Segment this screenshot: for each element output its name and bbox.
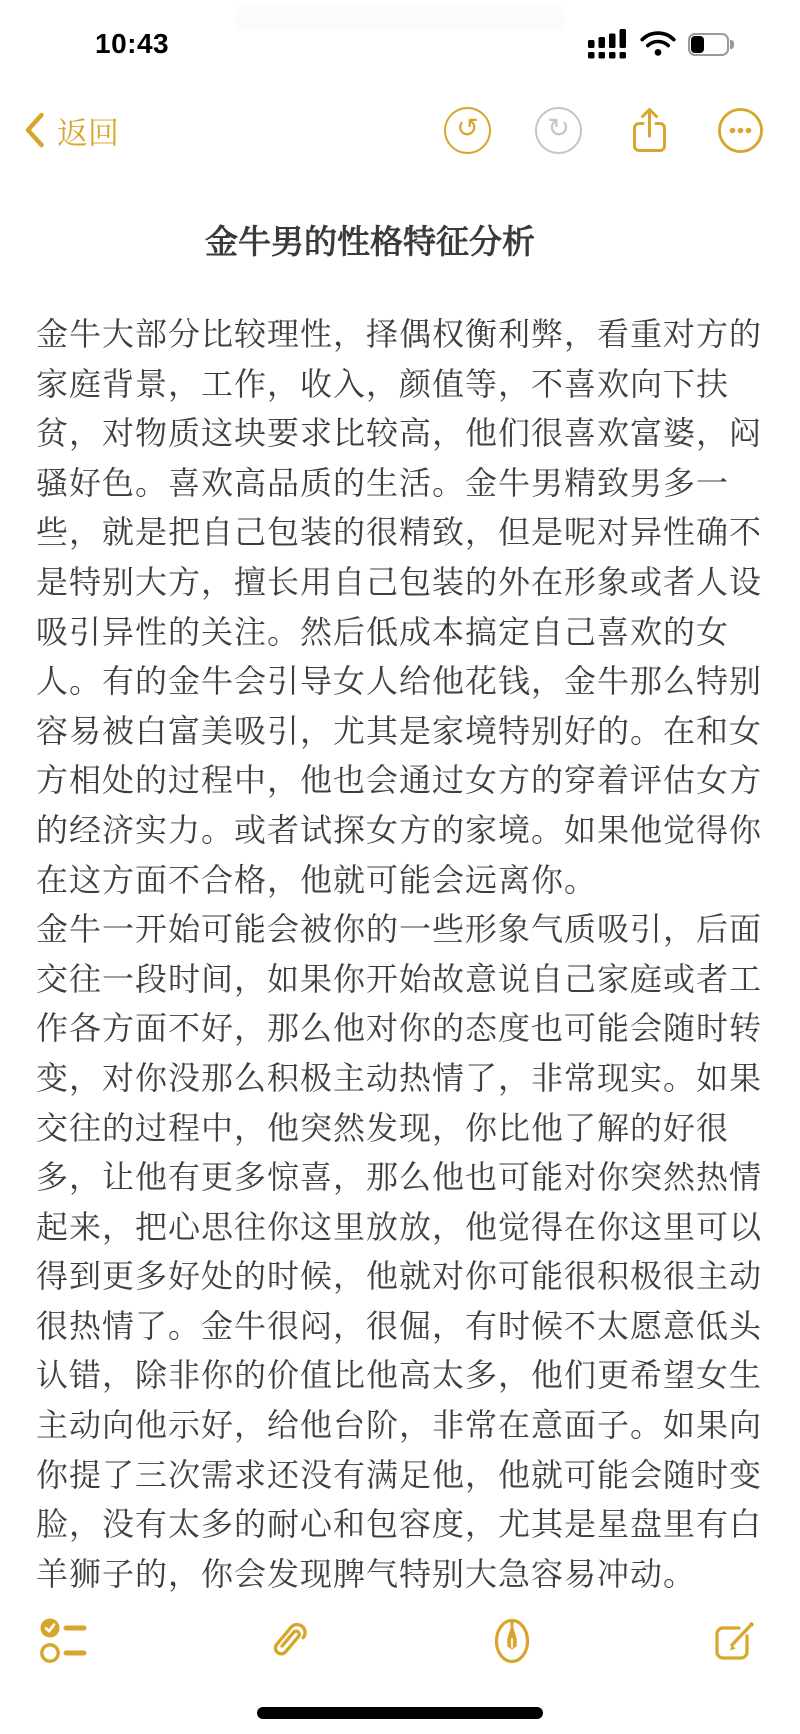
battery-icon [688,33,734,56]
redo-icon: ↻ [547,115,570,142]
compose-icon [708,1615,760,1667]
more-button[interactable] [717,107,764,154]
undo-button[interactable]: ↺ [444,107,491,154]
nav-actions: ↺ ↻ [444,105,764,155]
compose-button[interactable] [708,1615,760,1667]
redo-button[interactable]: ↻ [535,107,582,154]
battery-nub [730,40,734,49]
status-icons [588,29,734,59]
share-button[interactable] [626,105,673,155]
home-indicator[interactable] [257,1707,543,1719]
note-paragraph-1[interactable]: 金牛大部分比较理性，择偶权衡利弊，看重对方的家庭背景，工作，收入，颜值等，不喜欢… [36,310,764,905]
share-icon [626,105,673,155]
more-icon [717,107,764,154]
battery-charge-level [691,36,704,53]
status-bar: 10:43 [0,0,800,74]
wifi-icon [640,31,676,57]
cellular-signal-icon [588,29,628,59]
note-content[interactable]: 金牛男的性格特征分析 金牛大部分比较理性，择偶权衡利弊，看重对方的家庭背景，工作… [36,222,764,1599]
markup-pen-icon [487,1613,537,1669]
nav-bar: 返回 ↺ ↻ [0,96,800,164]
markup-button[interactable] [487,1613,537,1669]
bottom-toolbar [0,1602,800,1680]
back-label: 返回 [57,108,119,153]
checklist-icon [40,1617,94,1665]
undo-icon: ↺ [456,115,479,142]
note-title[interactable]: 金牛男的性格特征分析 [36,222,704,262]
status-time: 10:43 [95,28,169,60]
attachment-button[interactable] [265,1614,315,1668]
back-button[interactable]: 返回 [24,108,119,153]
notes-app-screen: 10:43 [0,0,800,1734]
checklist-button[interactable] [40,1617,94,1665]
chevron-left-icon [24,112,45,148]
note-paragraph-2[interactable]: 金牛一开始可能会被你的一些形象气质吸引，后面交往一段时间，如果你开始故意说自己家… [36,905,764,1599]
paperclip-icon [265,1614,315,1668]
